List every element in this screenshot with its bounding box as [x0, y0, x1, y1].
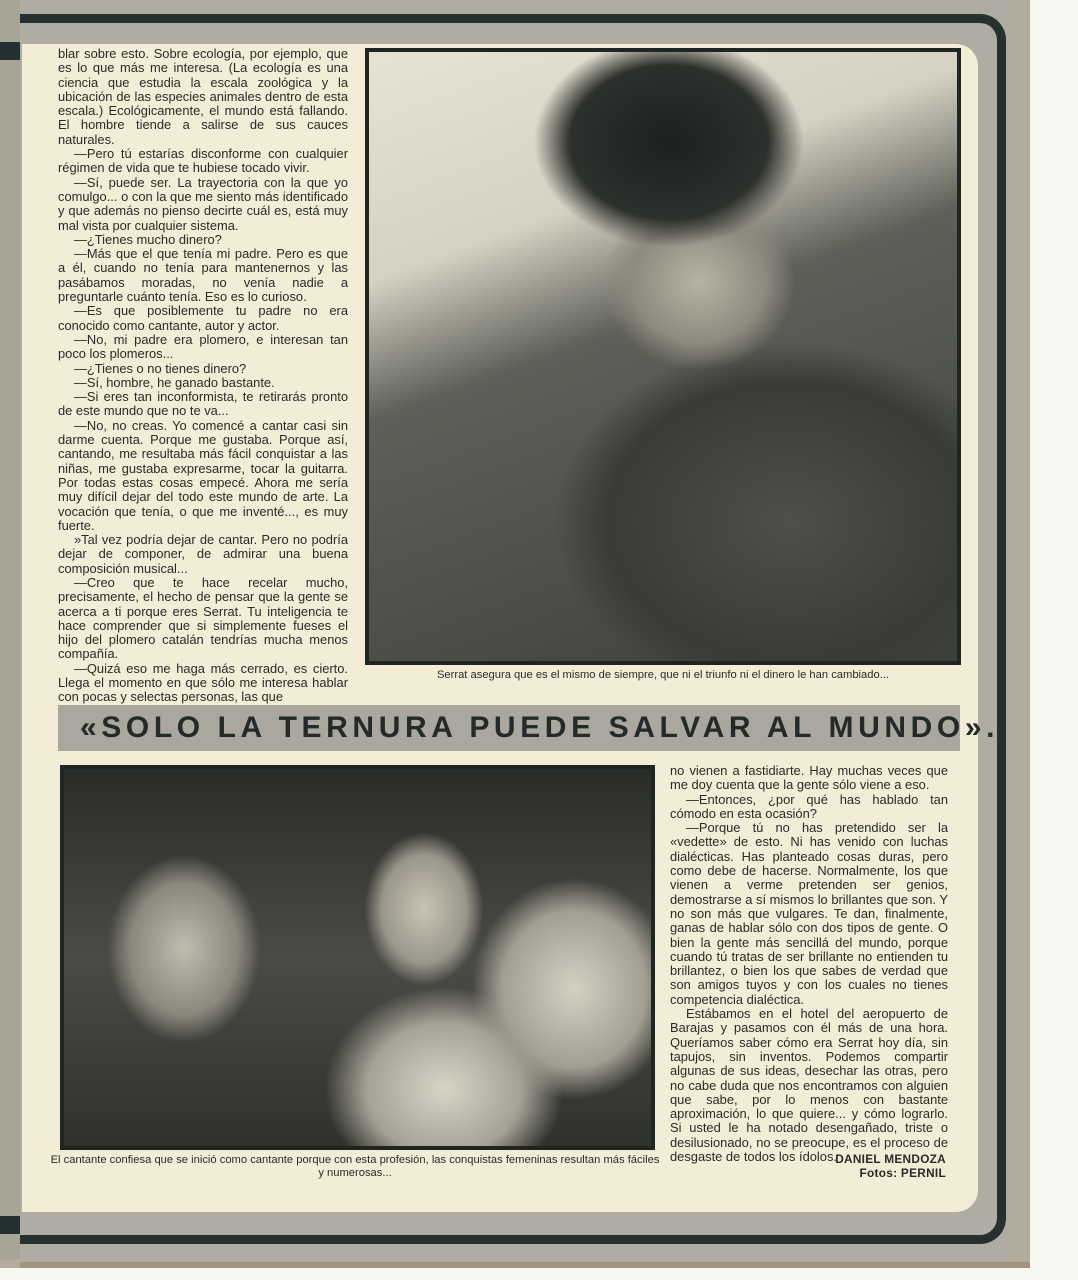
- paragraph: —Si eres tan inconformista, te retirarás…: [58, 390, 348, 419]
- paragraph: —Sí, hombre, he ganado bastante.: [58, 376, 348, 390]
- byline-author: DANIEL MENDOZA: [835, 1152, 946, 1166]
- paragraph: —Más que el que tenía mi padre. Pero es …: [58, 247, 348, 304]
- article-column-left: blar sobre esto. Sobre ecología, por eje…: [58, 47, 348, 705]
- paragraph: —Sí, puede ser. La trayectoria con la qu…: [58, 176, 348, 233]
- paragraph: Estábamos en el hotel del aeropuerto de …: [670, 1007, 948, 1164]
- headline-banner: «SOLO LA TERNURA PUEDE SALVAR AL MUNDO».: [58, 705, 960, 751]
- paragraph: —No, mi padre era plomero, e interesan t…: [58, 333, 348, 362]
- edge-stripe: [0, 42, 22, 60]
- headline-text: «SOLO LA TERNURA PUEDE SALVAR AL MUNDO».: [80, 711, 999, 745]
- article-column-right: no vienen a fastidiarte. Hay muchas vece…: [670, 764, 948, 1164]
- crowd-photo: [60, 765, 655, 1150]
- paragraph: —Pero tú estarías disconforme con cualqu…: [58, 147, 348, 176]
- byline-photos: Fotos: PERNIL: [860, 1166, 946, 1180]
- paragraph: —Entonces, ¿por qué has hablado tan cómo…: [670, 793, 948, 822]
- paragraph: —Creo que te hace recelar mucho, precisa…: [58, 576, 348, 662]
- portrait-photo: [365, 48, 961, 665]
- paragraph: —¿Tienes o no tienes dinero?: [58, 362, 348, 376]
- paragraph: no vienen a fastidiarte. Hay muchas vece…: [670, 764, 948, 793]
- paragraph: —Quizá eso me haga más cerrado, es ciert…: [58, 662, 348, 705]
- paragraph: blar sobre esto. Sobre ecología, por eje…: [58, 47, 348, 147]
- page-bottom-edge: [20, 1262, 1030, 1268]
- paragraph: —¿Tienes mucho dinero?: [58, 233, 348, 247]
- binding-edge: [0, 0, 22, 1260]
- paragraph: —Es que posiblemente tu padre no era con…: [58, 304, 348, 333]
- paragraph: »Tal vez podría dejar de cantar. Pero no…: [58, 533, 348, 576]
- paragraph: —No, no creas. Yo comencé a cantar casi …: [58, 419, 348, 533]
- edge-stripe: [0, 1216, 22, 1234]
- photo-caption-bottom: El cantante confiesa que se inició como …: [50, 1154, 660, 1180]
- paragraph: —Porque tú no has pretendido ser la «ved…: [670, 821, 948, 1007]
- photo-caption-top: Serrat asegura que es el mismo de siempr…: [365, 669, 961, 682]
